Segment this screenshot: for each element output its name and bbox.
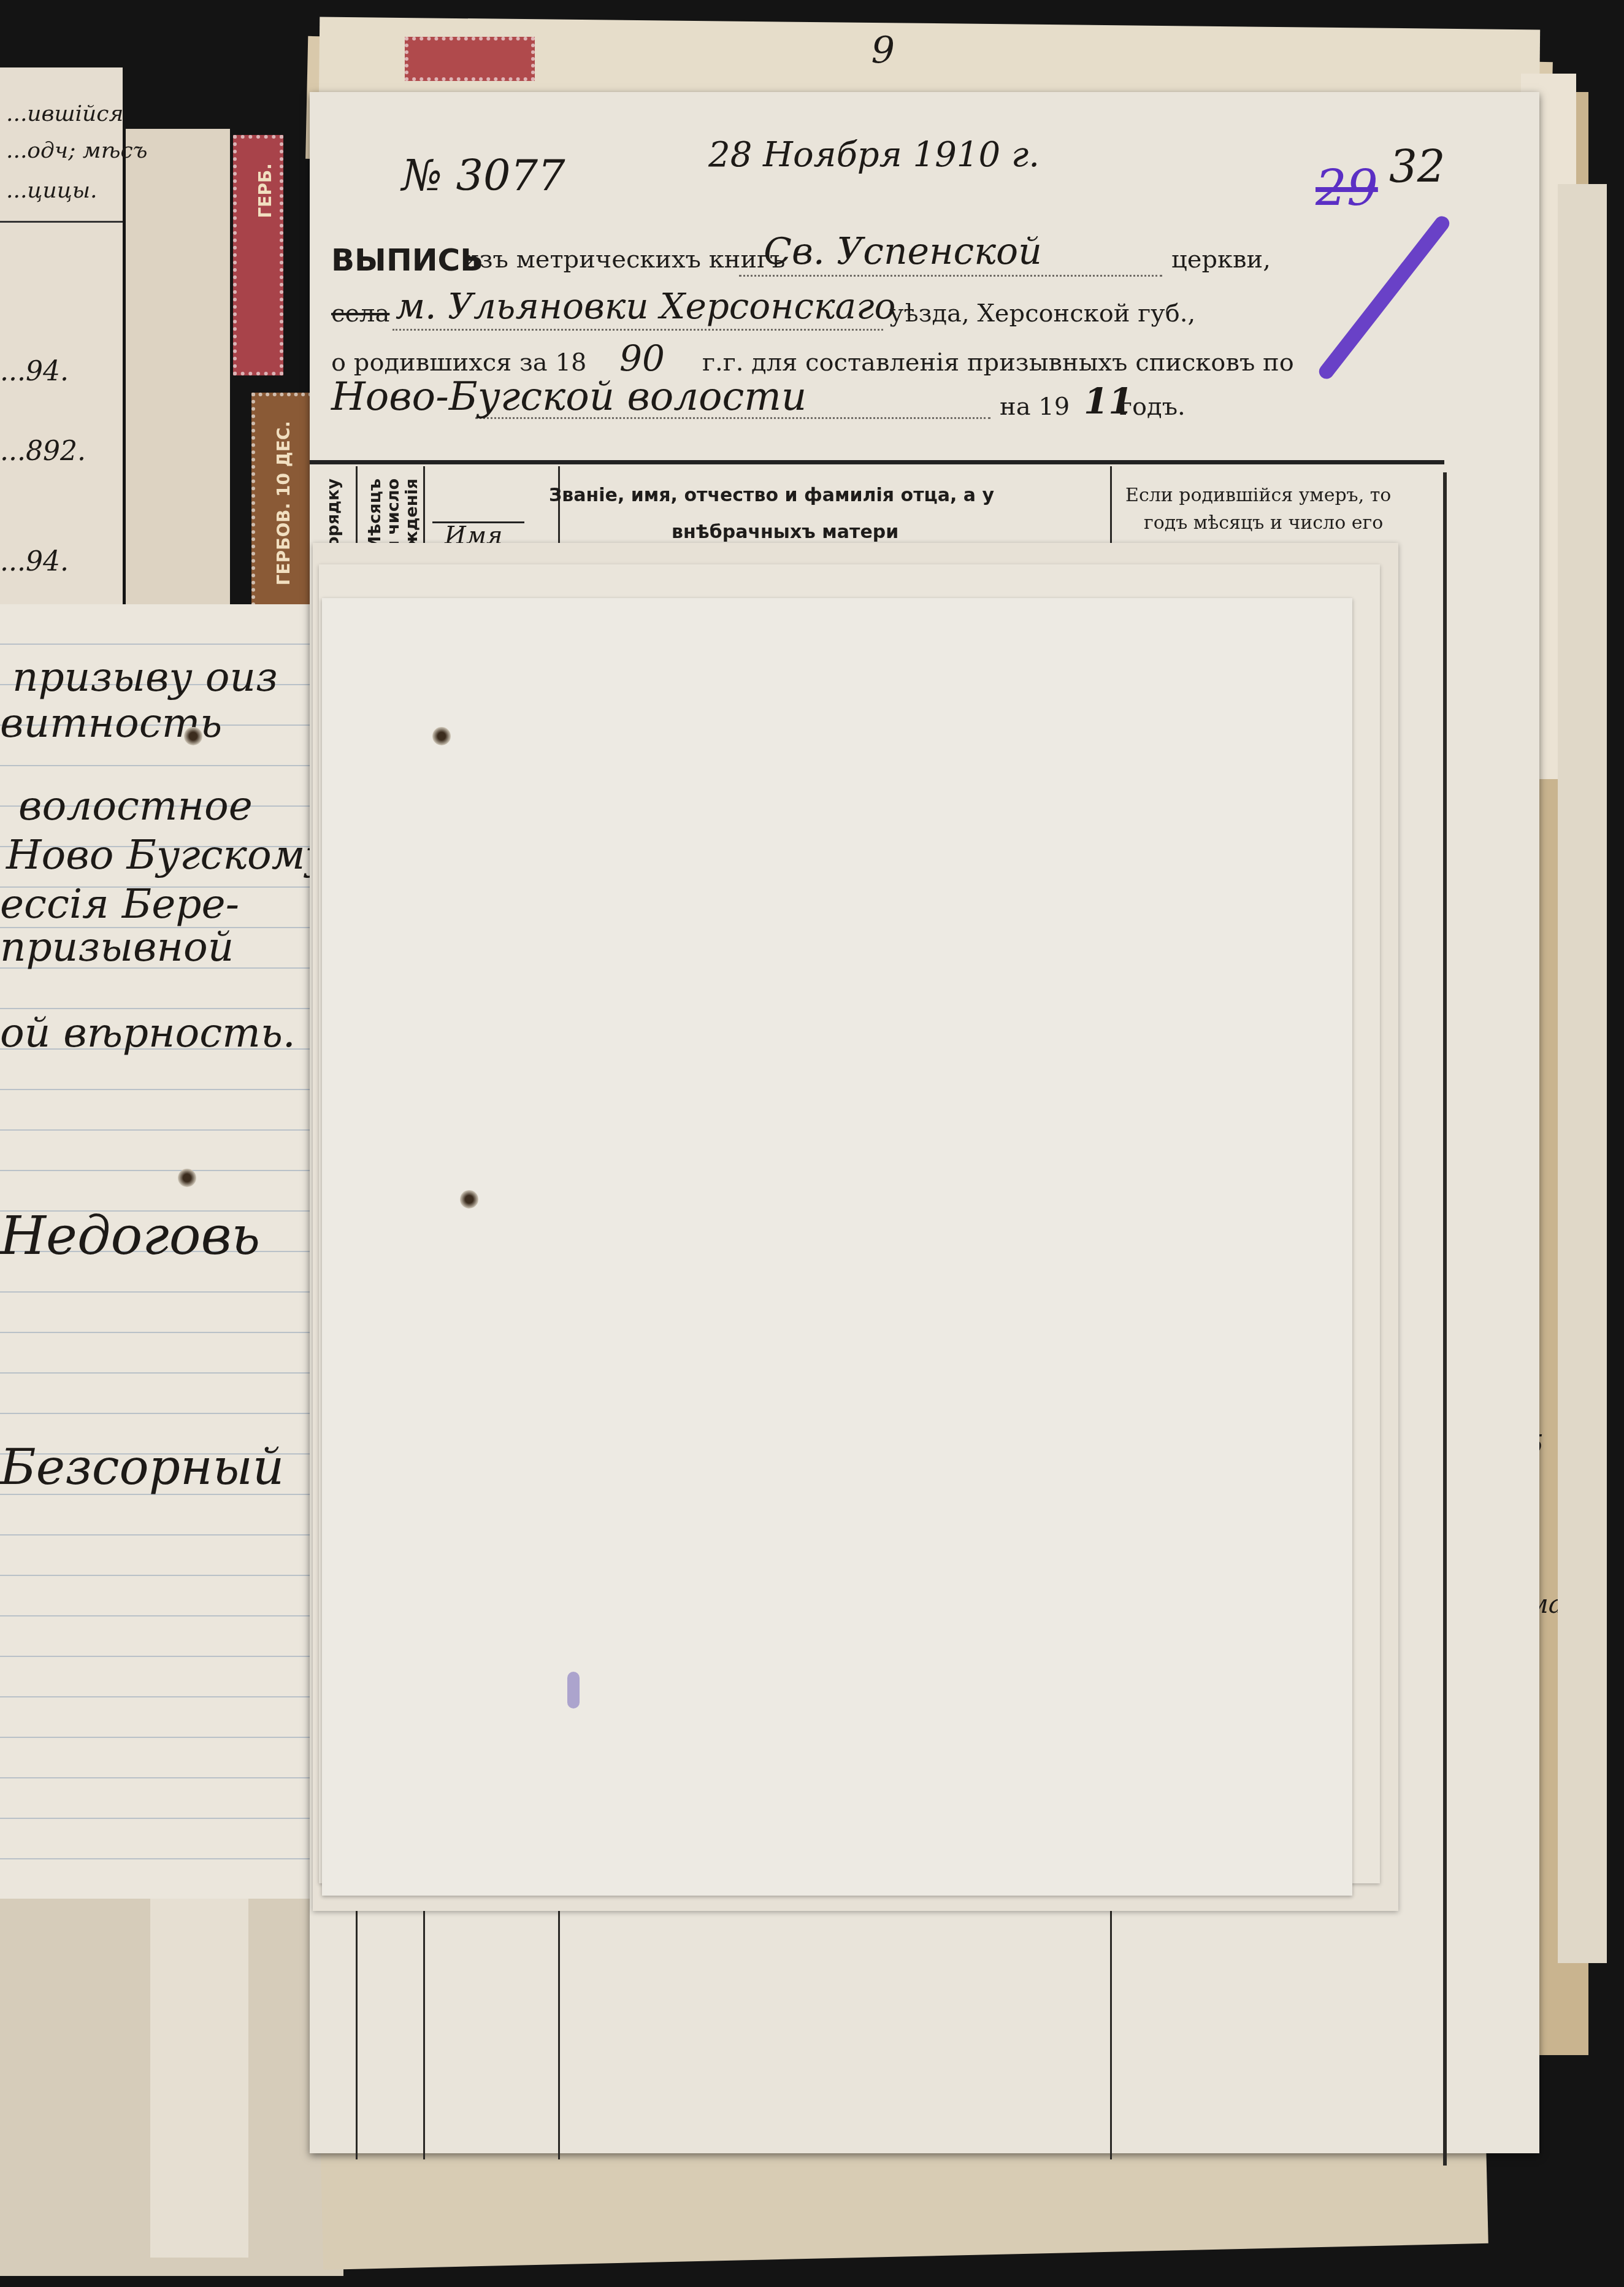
fill-line — [393, 329, 883, 331]
handwritten-line: призыву оиз — [12, 653, 278, 701]
form-title: ВЫПИСЬ — [331, 242, 483, 278]
handwritten-line: ...ившійся — [6, 101, 123, 126]
handwritten-line: волостное — [18, 782, 253, 829]
handwritten-line: ой вѣрность. — [0, 1009, 296, 1056]
right-edge-sheet — [1558, 184, 1607, 1963]
folio-number-crossed: 29 — [1316, 160, 1378, 217]
print-text: о родившихся за 18 — [331, 348, 586, 377]
print-text: уѣзда, Херсонской губ., — [889, 299, 1195, 328]
paper-tab — [150, 1865, 248, 2258]
punch-hole — [184, 727, 202, 745]
left-page-top: ...ившійся ...одч; мѣсъ ...цицы. ...94. … — [0, 67, 123, 607]
fill-line — [739, 275, 1162, 277]
handwritten-line: призывной — [0, 923, 234, 971]
birth-year: 90 — [619, 337, 665, 379]
column-header-death: годъ мѣсяцъ и число его — [1144, 512, 1383, 534]
violet-pencil-mark — [1316, 213, 1452, 382]
column-header-parents: внѣбрачныхъ матери — [672, 521, 898, 543]
punch-hole — [432, 727, 451, 745]
table-right-border — [1443, 472, 1447, 2166]
form-date: 28 Ноября 1910 г. — [708, 135, 1040, 175]
village-name: м. Ульяновки Херсонскаго — [396, 285, 895, 327]
handwritten-year: ...94. — [0, 546, 69, 577]
registration-number: № 3077 — [402, 150, 565, 201]
handwritten-line: ессія Бере- — [0, 880, 239, 928]
column-header-death: Если родившійся умеръ, то — [1125, 485, 1391, 506]
revenue-stamp-red: ГЕРБ. — [233, 135, 283, 375]
print-text: годъ. — [1119, 393, 1185, 421]
punch-hole — [460, 1190, 478, 1209]
print-text: изъ метрическихъ книгъ — [463, 245, 785, 274]
revenue-stamp-red — [405, 37, 535, 81]
signature: Недоговь — [0, 1205, 260, 1267]
violet-smudge — [567, 1672, 580, 1709]
handwritten-year: ...892. — [0, 436, 86, 467]
print-text: г.г. для составленія призывныхъ списковъ… — [702, 348, 1294, 377]
handwritten-year: ...94. — [0, 356, 69, 387]
handwritten-line: ...одч; мѣсъ — [6, 138, 148, 163]
print-text-crossed: села — [331, 299, 389, 328]
handwritten-line: Ново Бугскому — [6, 831, 329, 878]
column-header-parents: Званіе, имя, отчество и фамилія отца, а … — [549, 485, 994, 506]
print-text: на 19 — [1000, 393, 1070, 421]
folio-number: 32 — [1389, 141, 1446, 193]
left-open-page: призыву оиз витность волостное Ново Бугс… — [0, 604, 325, 1899]
divider — [0, 221, 123, 223]
margin-mark: 9 — [871, 29, 895, 72]
church-name: Св. Успенской — [764, 230, 1042, 273]
print-text: церкви, — [1171, 245, 1271, 274]
punch-hole — [178, 1169, 196, 1187]
handwritten-line: ...цицы. — [6, 178, 98, 203]
volost-name: Ново-Бугской волости — [331, 374, 806, 420]
table-top-rule — [310, 460, 1444, 464]
signature: Безсорный — [0, 1439, 284, 1496]
blank-ruled-sheet — [322, 598, 1352, 1896]
folded-strips — [126, 129, 230, 613]
